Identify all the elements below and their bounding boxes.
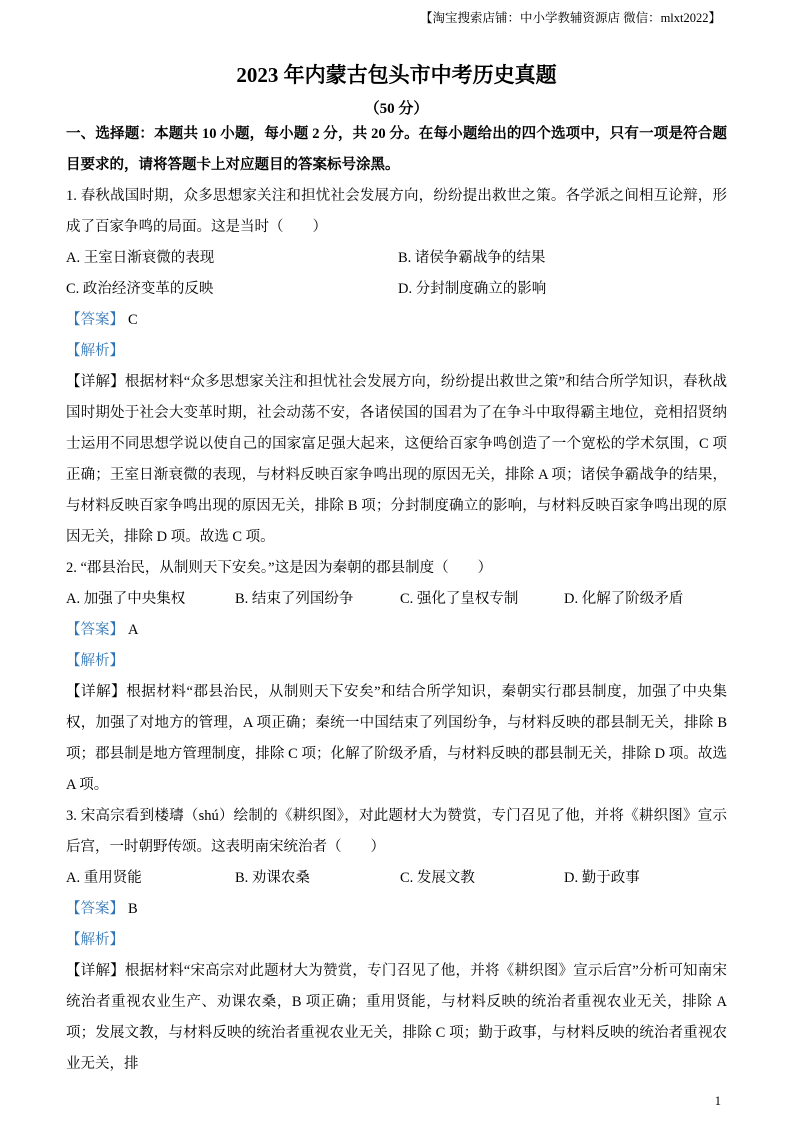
page-content: 2023 年内蒙古包头市中考历史真题 （50 分） 一、选择题：本题共 10 小… (0, 0, 793, 1080)
options-row: A. 王室日渐衰微的表现 B. 诸侯争霸战争的结果 C. 政治经济变革的反映 D… (66, 243, 727, 305)
answer-line: 【答案】B (66, 894, 727, 925)
detail-paragraph: 【详解】根据材料“宋高宗对此题材大为赞赏，专门召见了他，并将《耕织图》宣示后宫”… (66, 956, 727, 1080)
question-stem: 1. 春秋战国时期，众多思想家关注和担忧社会发展方向，纷纷提出救世之策。各学派之… (66, 181, 727, 243)
analysis-label: 【解析】 (66, 932, 124, 948)
detail-paragraph: 【详解】根据材料“众多思想家关注和担忧社会发展方向，纷纷提出救世之策”和结合所学… (66, 367, 727, 553)
option-a: A. 王室日渐衰微的表现 (66, 243, 398, 274)
option-d: D. 分封制度确立的影响 (398, 274, 727, 305)
answer-label: 【答案】 (66, 312, 124, 328)
option-b: B. 诸侯争霸战争的结果 (398, 243, 727, 274)
answer-value: C (128, 312, 138, 328)
option-b: B. 劝课农桑 (235, 863, 400, 894)
answer-line: 【答案】A (66, 615, 727, 646)
answer-line: 【答案】C (66, 305, 727, 336)
option-d: D. 化解了阶级矛盾 (564, 584, 727, 615)
option-c: C. 政治经济变革的反映 (66, 274, 398, 305)
document-page: 【淘宝搜索店铺：中小学教辅资源店 微信：mlxt2022】 2023 年内蒙古包… (0, 0, 793, 1122)
question-stem: 2. “郡县治民，从制则天下安矣。”这是因为秦朝的郡县制度（ ） (66, 553, 727, 584)
analysis-line: 【解析】 (66, 336, 727, 367)
question-block-2: 2. “郡县治民，从制则天下安矣。”这是因为秦朝的郡县制度（ ） A. 加强了中… (66, 553, 727, 801)
analysis-line: 【解析】 (66, 646, 727, 677)
option-d: D. 勤于政事 (564, 863, 727, 894)
page-number: 1 (715, 1094, 721, 1109)
option-c: C. 发展文教 (400, 863, 564, 894)
answer-value: A (128, 622, 138, 638)
option-a: A. 重用贤能 (66, 863, 235, 894)
options-row: A. 加强了中央集权 B. 结束了列国纷争 C. 强化了皇权专制 D. 化解了阶… (66, 584, 727, 615)
option-c: C. 强化了皇权专制 (400, 584, 564, 615)
section-instructions: 一、选择题：本题共 10 小题，每小题 2 分，共 20 分。在每小题给出的四个… (66, 119, 727, 181)
store-watermark: 【淘宝搜索店铺：中小学教辅资源店 微信：mlxt2022】 (420, 11, 721, 26)
answer-value: B (128, 901, 138, 917)
analysis-label: 【解析】 (66, 343, 124, 359)
question-block-1: 1. 春秋战国时期，众多思想家关注和担忧社会发展方向，纷纷提出救世之策。各学派之… (66, 181, 727, 553)
question-stem: 3. 宋高宗看到楼璹（shú）绘制的《耕织图》，对此题材大为赞赏，专门召见了他，… (66, 801, 727, 863)
option-a: A. 加强了中央集权 (66, 584, 235, 615)
option-b: B. 结束了列国纷争 (235, 584, 400, 615)
detail-paragraph: 【详解】根据材料“郡县治民，从制则天下安矣”和结合所学知识，秦朝实行郡县制度，加… (66, 677, 727, 801)
question-block-3: 3. 宋高宗看到楼璹（shú）绘制的《耕织图》，对此题材大为赞赏，专门召见了他，… (66, 801, 727, 1080)
options-row: A. 重用贤能 B. 劝课农桑 C. 发展文教 D. 勤于政事 (66, 863, 727, 894)
answer-label: 【答案】 (66, 901, 124, 917)
analysis-line: 【解析】 (66, 925, 727, 956)
answer-label: 【答案】 (66, 622, 124, 638)
exam-body: 一、选择题：本题共 10 小题，每小题 2 分，共 20 分。在每小题给出的四个… (66, 119, 727, 1080)
score-subtitle: （50 分） (66, 99, 727, 119)
analysis-label: 【解析】 (66, 653, 124, 669)
